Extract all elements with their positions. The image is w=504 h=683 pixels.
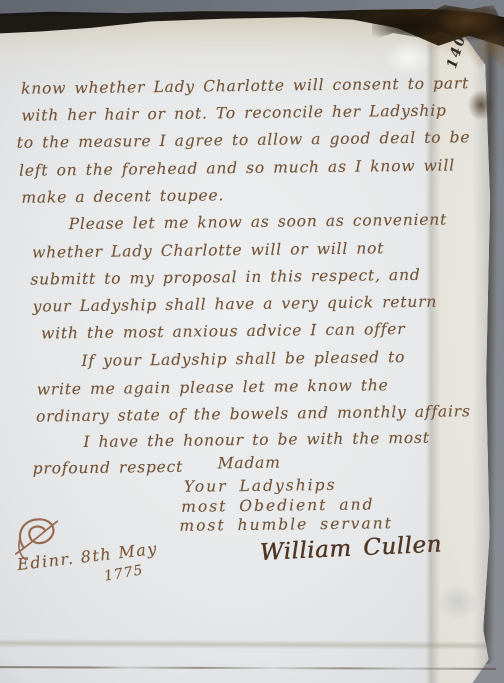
handwritten-line: know whether Lady Charlotte will consent…	[21, 74, 469, 97]
handwritten-line: to the measure I agree to allow a good d…	[17, 128, 471, 152]
handwritten-line: left on the forehead and so much as I kn…	[19, 156, 455, 179]
handwritten-line: write me again please let me know the	[37, 376, 389, 398]
handwritten-line: whether Lady Charlotte will or will not	[32, 239, 384, 261]
signature: William Cullen	[259, 531, 442, 566]
handwritten-line: with the most anxious advice I can offer	[41, 320, 406, 342]
handwritten-line: submitt to my proposal in this respect, …	[30, 266, 420, 289]
handwritten-line: ordinary state of the bowels and monthly…	[36, 402, 471, 425]
manuscript-letter-photo: { "document": { "folio_number": "140" },…	[0, 0, 504, 683]
handwritten-line: profound respect	[33, 458, 184, 478]
handwritten-line: Please let me know as soon as convenient	[69, 211, 448, 234]
closing-line: Your Ladyships	[184, 476, 337, 496]
letter-text: know whether Lady Charlotte will consent…	[0, 0, 504, 683]
salutation: Madam	[218, 454, 281, 473]
handwritten-line: your Ladyship shall have a very quick re…	[33, 293, 438, 316]
dateline-year: 1775	[103, 562, 145, 584]
handwritten-line: I have the honour to be with the most	[83, 429, 430, 451]
handwritten-line: If your Ladyship shall be pleased to	[81, 348, 405, 370]
closing-line: most humble servant	[179, 514, 393, 535]
closing-line: most Obedient and	[181, 495, 374, 515]
handwritten-line: make a decent toupee.	[21, 186, 224, 206]
handwritten-line: with her hair or not. To reconcile her L…	[21, 102, 446, 125]
